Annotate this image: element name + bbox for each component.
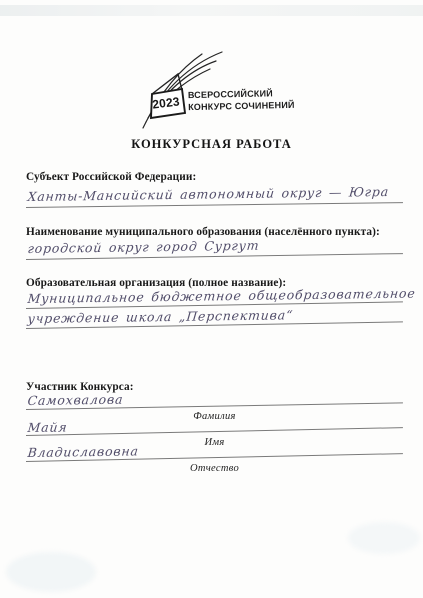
participant-firstname-fill-line	[26, 427, 403, 436]
logo-wordmark: ВСЕРОССИЙСКИЙ КОНКУРС СОЧИНЕНИЙ	[188, 88, 295, 113]
participant-firstname-handwritten-value: Майя	[27, 419, 68, 435]
participant-patronymic-caption: Отчество	[26, 463, 403, 474]
quill-pen-icon	[136, 36, 246, 132]
document-title: КОНКУРСНАЯ РАБОТА	[0, 137, 423, 152]
scan-smudge	[6, 552, 96, 592]
contest-logo: 2023 ВСЕРОССИЙСКИЙ КОНКУРС СОЧИНЕНИЙ	[136, 36, 326, 132]
scan-shadow-band	[0, 5, 423, 16]
participant-patronymic-handwritten-value: Владиславовна	[27, 443, 140, 460]
scanned-form-page: 2023 ВСЕРОССИЙСКИЙ КОНКУРС СОЧИНЕНИЙ КОН…	[0, 0, 423, 598]
scan-smudge	[348, 522, 420, 554]
logo-wordmark-line2: КОНКУРС СОЧИНЕНИЙ	[188, 99, 295, 113]
field-subject-handwritten-value: Ханты-Мансийский автономный округ — Югра	[27, 184, 390, 204]
field-subject-label: Субъект Российской Федерации:	[26, 171, 196, 183]
field-municipality-label: Наименование муниципального образования …	[26, 226, 380, 238]
participant-surname-handwritten-value: Самохвалова	[27, 392, 124, 408]
field-municipality-handwritten-value: городской округ город Сургут	[27, 238, 260, 256]
participant-surname-caption: Фамилия	[26, 411, 403, 422]
